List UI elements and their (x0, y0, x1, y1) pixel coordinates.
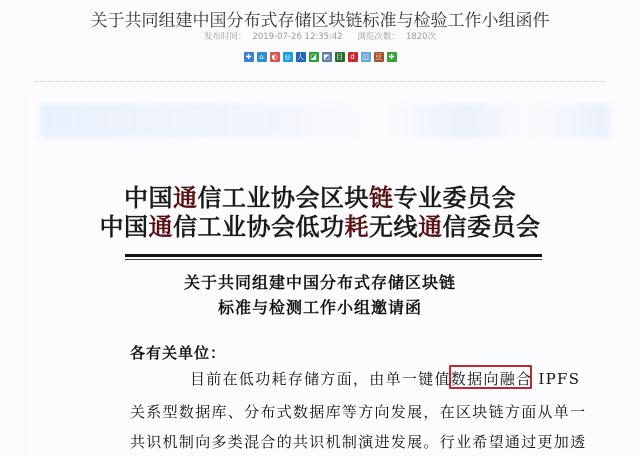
org2-part: 信委员会 (443, 213, 541, 241)
share-icon-1[interactable]: ✚ (244, 52, 254, 62)
view-count: 浏览次数：1820次 (354, 32, 439, 42)
article-meta: 发布时间：2019-07-26 12:35:42 浏览次数：1820次 (0, 30, 640, 42)
views-label: 浏览次数： (357, 32, 400, 42)
share-icon-7[interactable]: ◩ (322, 52, 332, 62)
letter-title-line-2: 标准与检测工作小组邀请函 (0, 295, 640, 318)
share-icon-9[interactable]: d (348, 52, 358, 62)
divider-dotted (35, 81, 605, 82)
letter-title-line-1: 关于共同组建中国分布式存储区块链 (0, 270, 640, 293)
views-value: 1820次 (406, 32, 436, 42)
body-line-2: 关系型数据库、分布式数据库等方向发展，在区块链方面从单一 (130, 401, 586, 422)
article-title: 关于共同组建中国分布式存储区块链标准与检验工作小组函件 (0, 6, 640, 31)
org2-part: 无线 (369, 213, 418, 241)
header-divider-thick (125, 254, 542, 257)
share-icon-2[interactable]: ⌂ (257, 52, 267, 62)
share-icon-8[interactable]: 目 (335, 52, 345, 62)
share-icon-3[interactable]: ◐ (270, 52, 280, 62)
body-line-3: 共识机制向多类混合的共识机制演进发展。行业希望通过更加透 (130, 431, 586, 452)
salutation: 各有关单位： (130, 342, 226, 363)
share-icon-11[interactable]: 豆 (374, 52, 384, 62)
share-icon-10[interactable]: ◫ (361, 52, 371, 62)
scan-artifact (40, 104, 610, 138)
share-icon-12[interactable]: ✤ (387, 52, 397, 62)
org2-part: 耗 (345, 213, 370, 241)
org2-part: 通 (149, 213, 174, 241)
org2-part: 中国 (100, 213, 149, 241)
org2-part: 信工业协会低功 (173, 213, 345, 241)
publish-label: 发布时间： (204, 32, 247, 42)
share-icon-5[interactable]: 人 (296, 52, 306, 62)
publish-time-value: 2019-07-26 12:35:42 (252, 32, 342, 42)
share-icon-4[interactable]: ◎ (283, 52, 293, 62)
org-header-2: 中国通信工业协会低功耗无线通信委员会 (0, 207, 640, 242)
header-divider-thin (125, 259, 542, 260)
share-bar: ✚⌂◐◎人◪◩目d◫豆✤ (0, 52, 640, 62)
share-icon-6[interactable]: ◪ (309, 52, 319, 62)
publish-time: 发布时间：2019-07-26 12:35:42 (201, 32, 346, 42)
highlight-annotation-box (449, 365, 532, 389)
org2-part: 通 (418, 213, 443, 241)
